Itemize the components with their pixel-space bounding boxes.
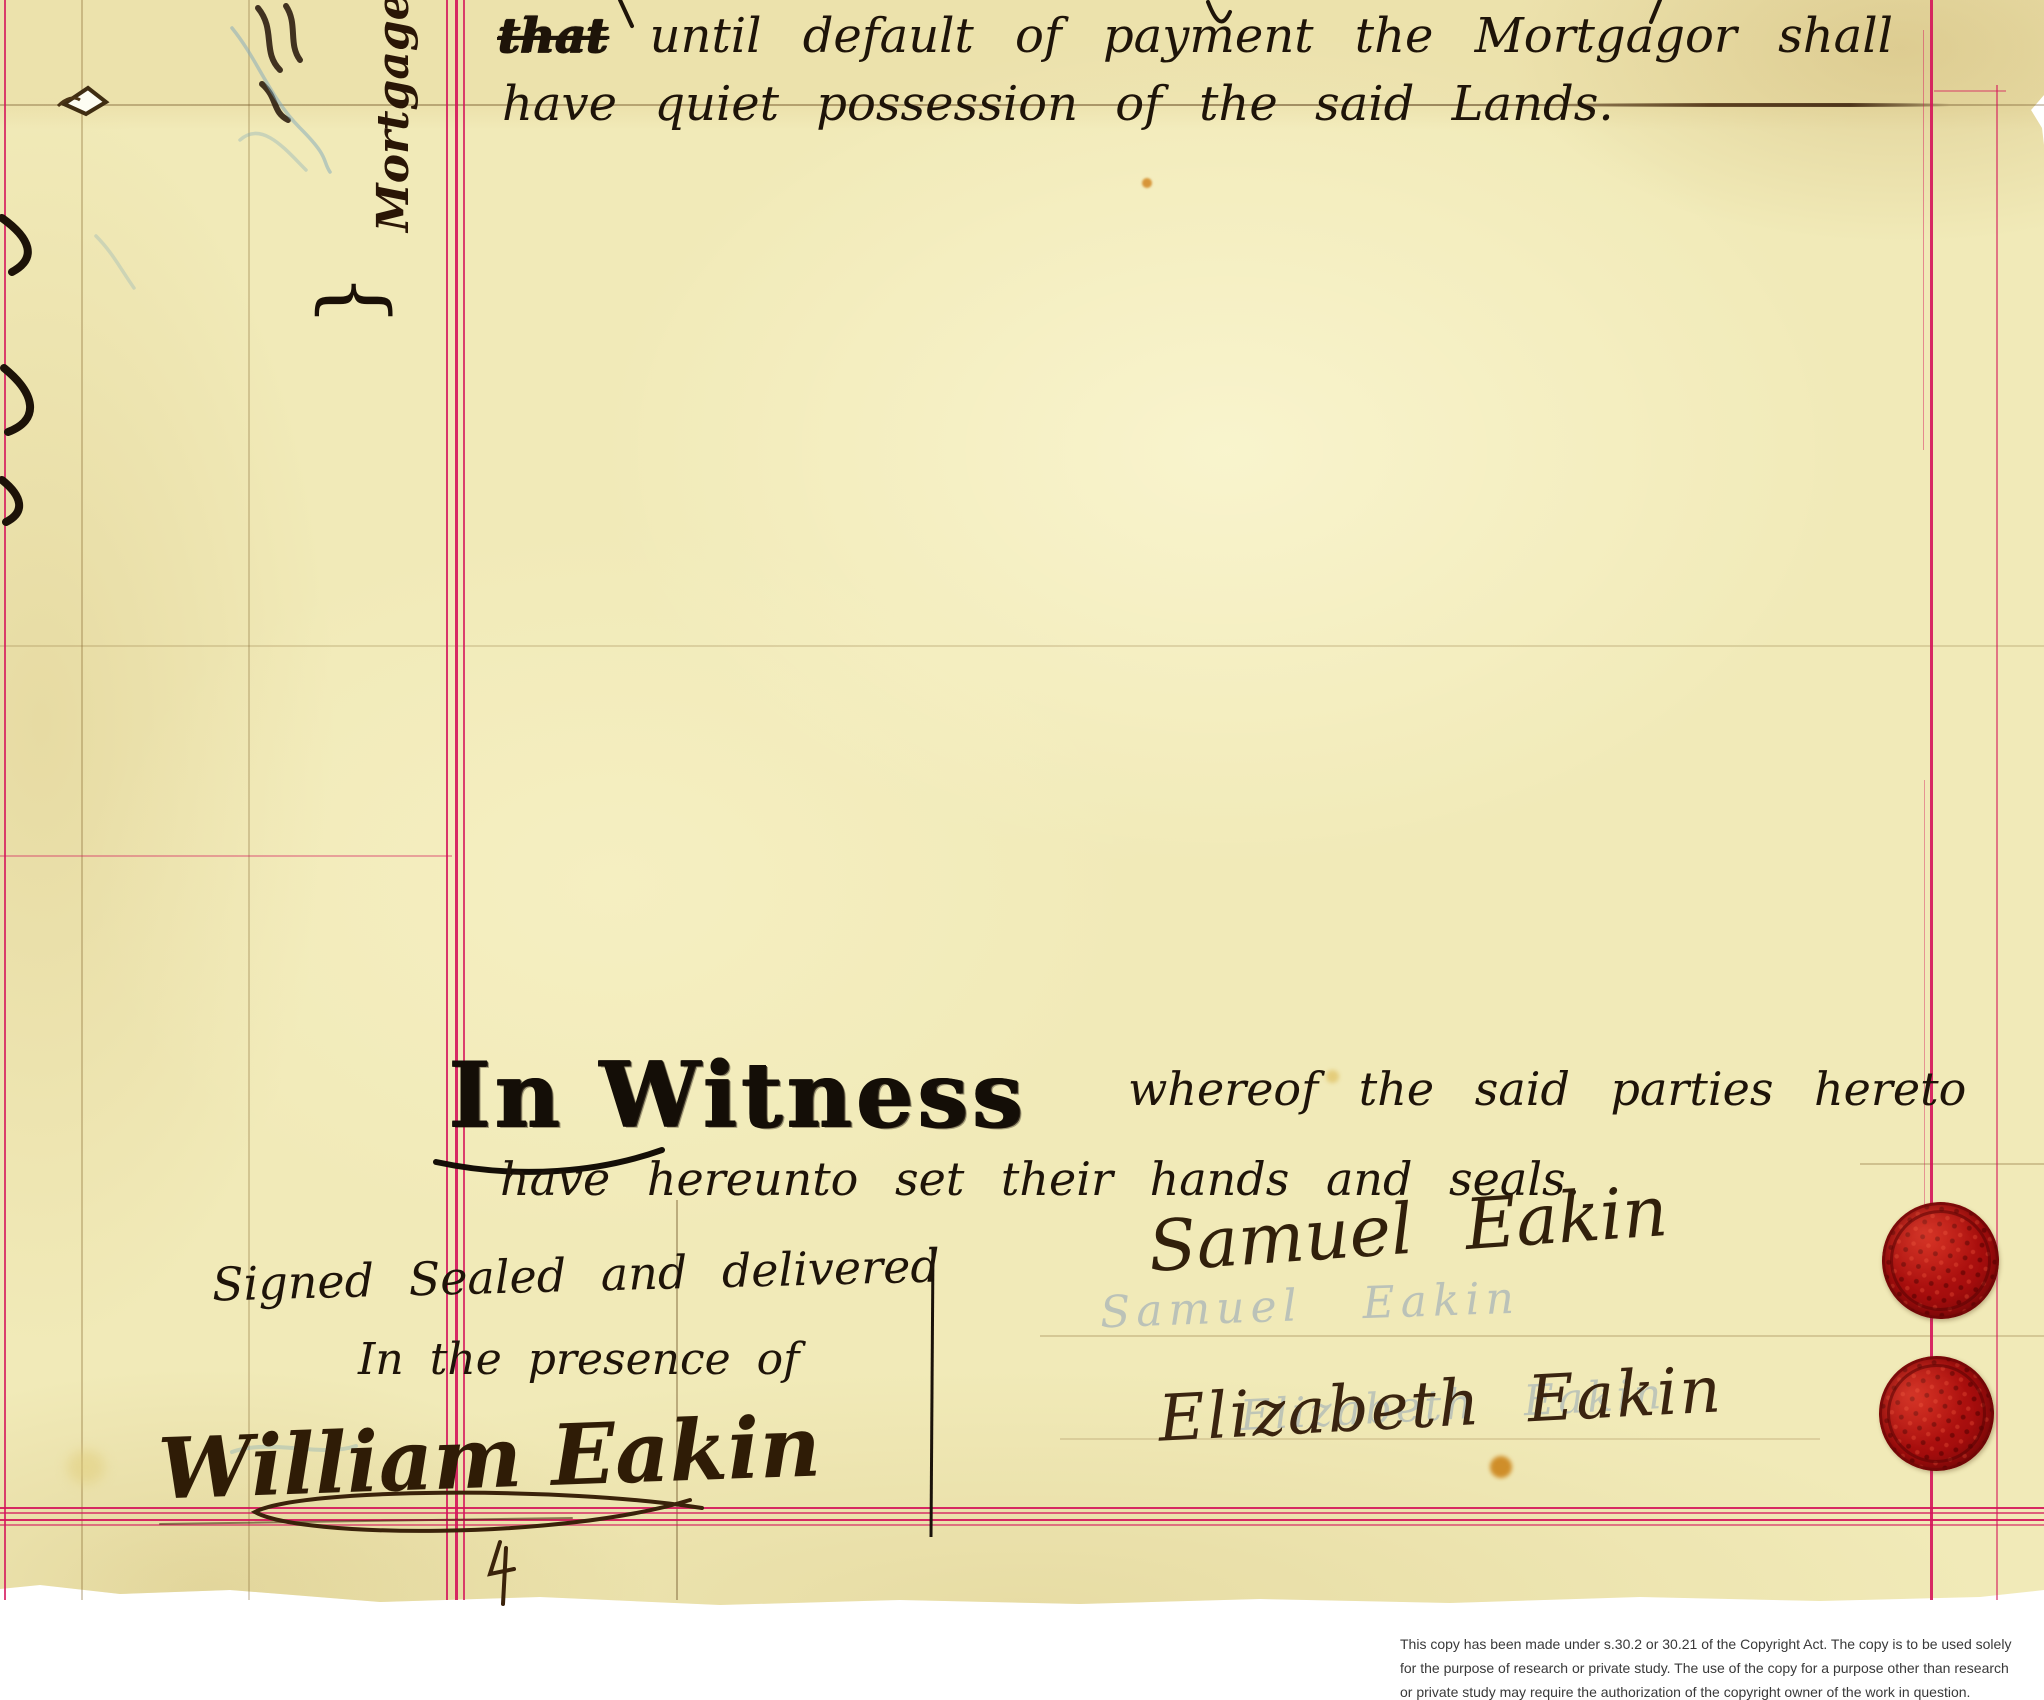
fold-crease-vertical-1: [81, 0, 83, 1600]
margin-endorsement-brace: }: [290, 240, 410, 360]
copyright-notice-line-3: or private study may require the authori…: [1400, 1680, 2040, 1700]
red-ruling-top-right-tick: [1934, 90, 2006, 92]
copyright-notice-line-1: This copy has been made under s.30.2 or …: [1400, 1632, 2040, 1656]
fold-crease-right-2: [1040, 1335, 2044, 1337]
covenant-line-2: have quiet possession of the said Lands.: [502, 76, 1614, 132]
fold-crease-horizontal-mid: [0, 645, 2044, 647]
attestation-line-2: In the presence of: [358, 1334, 799, 1385]
red-ruling-bottom-line-2a: [0, 1519, 2044, 1521]
scanned-mortgage-deed: Mortgagee } that until default of paymen…: [0, 0, 2044, 1700]
margin-endorsement-rotated: Mortgagee: [368, 0, 419, 232]
red-ruling-far-right-line: [1996, 85, 1998, 1600]
witness-clause-heading: In Witness: [448, 1042, 1026, 1148]
stain-spot-top: [1142, 178, 1152, 188]
witness-clause-continuation: whereof the said parties hereto: [1128, 1062, 1966, 1116]
red-ruling-right-echo-2: [1924, 780, 1925, 1210]
copyright-notice-line-2: for the purpose of research or private s…: [1400, 1656, 2040, 1680]
red-ruling-faint-left-horizontal: [0, 855, 452, 857]
covenant-line-1-rest: until default of payment the Mortgagor s…: [650, 8, 1893, 64]
red-ruling-right-echo-1: [1923, 30, 1924, 450]
fold-crease-right-1: [1860, 1163, 2044, 1165]
covenant-emphasis-word: that: [498, 8, 608, 64]
stain-spot-bottom: [1490, 1456, 1512, 1478]
fold-crease-vertical-2: [248, 0, 250, 1600]
red-ruling-left-edge: [4, 0, 6, 1600]
covenant-line-1: that until default of payment the Mortga…: [498, 8, 1893, 64]
stain-bottom-left: [67, 1450, 105, 1484]
red-ruling-bottom-line-2b: [0, 1524, 2044, 1526]
copyright-notice: This copy has been made under s.30.2 or …: [1400, 1632, 2040, 1700]
